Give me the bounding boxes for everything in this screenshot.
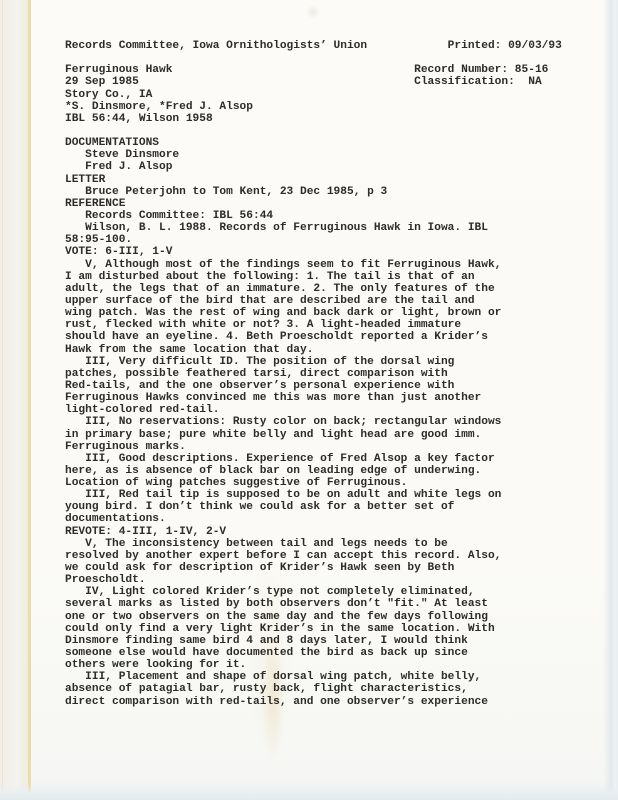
document-line: Ferruginous Hawk Record Number: 85-16 [65,64,562,76]
document-line: direct comparison with red-tails, and on… [65,696,562,708]
document-line: Records Committee: IBL 56:44 [65,210,562,222]
document-line: DOCUMENTATIONS [65,137,562,149]
document-line: *S. Dinsmore, *Fred J. Alsop [65,101,562,113]
document-line: I am disturbed about the following: 1. T… [65,271,562,283]
document-line: V, The inconsistency between tail and le… [65,538,562,550]
document-line: adult, the legs that of an immature. 2. … [65,283,562,295]
document-line: several marks as listed by both observer… [65,598,562,610]
document-line: should have an eyeline. 4. Beth Proescho… [65,331,562,343]
document-line: Red-tails, and the one observer’s person… [65,380,562,392]
document-line [65,52,562,64]
document-line: LETTER [65,174,562,186]
document-line: others were looking for it. [65,659,562,671]
document-line: Wilson, B. L. 1988. Records of Ferrugino… [65,222,562,234]
scan-right-band [603,0,618,800]
document-line: could only find a very light Krider’s in… [65,623,562,635]
document-line: IBL 56:44, Wilson 1958 [65,113,562,125]
document-line: Story Co., IA [65,89,562,101]
document-line: III, Very difficult ID. The position of … [65,356,562,368]
document-line: III, Good descriptions. Experience of Fr… [65,453,562,465]
document-line: Location of wing patches suggestive of F… [65,477,562,489]
document-line: IV, Light colored Krider’s type not comp… [65,586,562,598]
document-line: upper surface of the bird that are descr… [65,295,562,307]
document-line: in primary base; pure white belly and li… [65,429,562,441]
document-line: rust, flecked with white or not? 3. A li… [65,319,562,331]
document-line: patches, possible feathered tarsi, direc… [65,368,562,380]
document-line: resolved by another expert before I can … [65,550,562,562]
document-line: young bird. I don’t think we could ask f… [65,501,562,513]
document-line: someone else would have documented the b… [65,647,562,659]
document-line: Records Committee, Iowa Ornithologists’ … [65,40,562,52]
document-line: Hawk from the same location that day. [65,344,562,356]
document-line: Steve Dinsmore [65,149,562,161]
document-line: III, Red tail tip is supposed to be on a… [65,489,562,501]
scan-bottom-band [0,784,618,800]
scan-left-hairline [2,0,3,800]
document-line: one or two observers on the same day and… [65,611,562,623]
document-line: 58:95-100. [65,234,562,246]
document-line: Ferruginous marks. [65,441,562,453]
document-line: wing patch. Was the rest of wing and bac… [65,307,562,319]
document-line: Bruce Peterjohn to Tom Kent, 23 Dec 1985… [65,186,562,198]
document-line: 29 Sep 1985 Classification: NA [65,76,562,88]
document-line: Fred J. Alsop [65,161,562,173]
document-line: REVOTE: 4-III, 1-IV, 2-V [65,526,562,538]
document-line: III, No reservations: Rusty color on bac… [65,416,562,428]
document-line: Ferruginous Hawks convinced me this was … [65,392,562,404]
document-line: light-colored red-tail. [65,404,562,416]
document-line: III, Placement and shape of dorsal wing … [65,671,562,683]
document-line: Dinsmore finding same bird 4 and 8 days … [65,635,562,647]
scan-left-gutter [0,0,31,800]
document-line [65,125,562,137]
document-line: REFERENCE [65,198,562,210]
scanned-document-page: Records Committee, Iowa Ornithologists’ … [0,0,618,800]
document-line: absence of patagial bar, rusty back, fli… [65,683,562,695]
document-line: here, as is absence of black bar on lead… [65,465,562,477]
document-line: VOTE: 6-III, 1-V [65,246,562,258]
typewritten-text-block: Records Committee, Iowa Ornithologists’ … [65,40,562,708]
document-line: Proescholdt. [65,574,562,586]
document-line: we could ask for description of Krider’s… [65,562,562,574]
document-line: documentations. [65,513,562,525]
document-line: V, Although most of the findings seem to… [65,259,562,271]
